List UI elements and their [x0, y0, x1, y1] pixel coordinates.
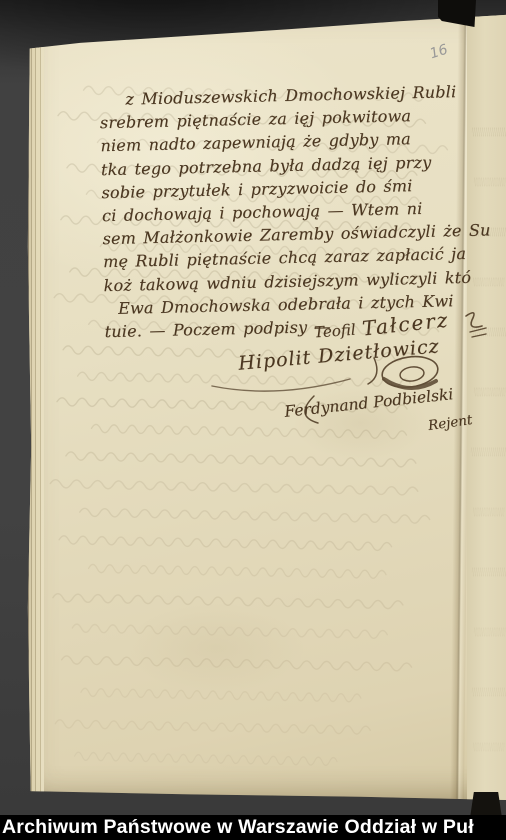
archive-caption-bar: Archiwum Państwowe w Warszawie Oddział w… [0, 815, 506, 840]
folio-number: 16 [428, 42, 450, 63]
document-page: 16 z Mioduszewskich Dmochowskiej Rubli s… [22, 6, 506, 808]
signature-teofil-given: Teofil [313, 321, 356, 342]
signature-hipolit: Hipolit Dzietłowicz [237, 335, 440, 375]
archive-caption-label: Archiwum Państwowe w Warszawie Oddział w… [0, 815, 506, 840]
manuscript-text: z Mioduszewskich Dmochowskiej Rubli sreb… [99, 80, 475, 344]
facing-page [467, 6, 506, 808]
signature-rejent-name: Ferdynand Podbielski [284, 385, 455, 421]
